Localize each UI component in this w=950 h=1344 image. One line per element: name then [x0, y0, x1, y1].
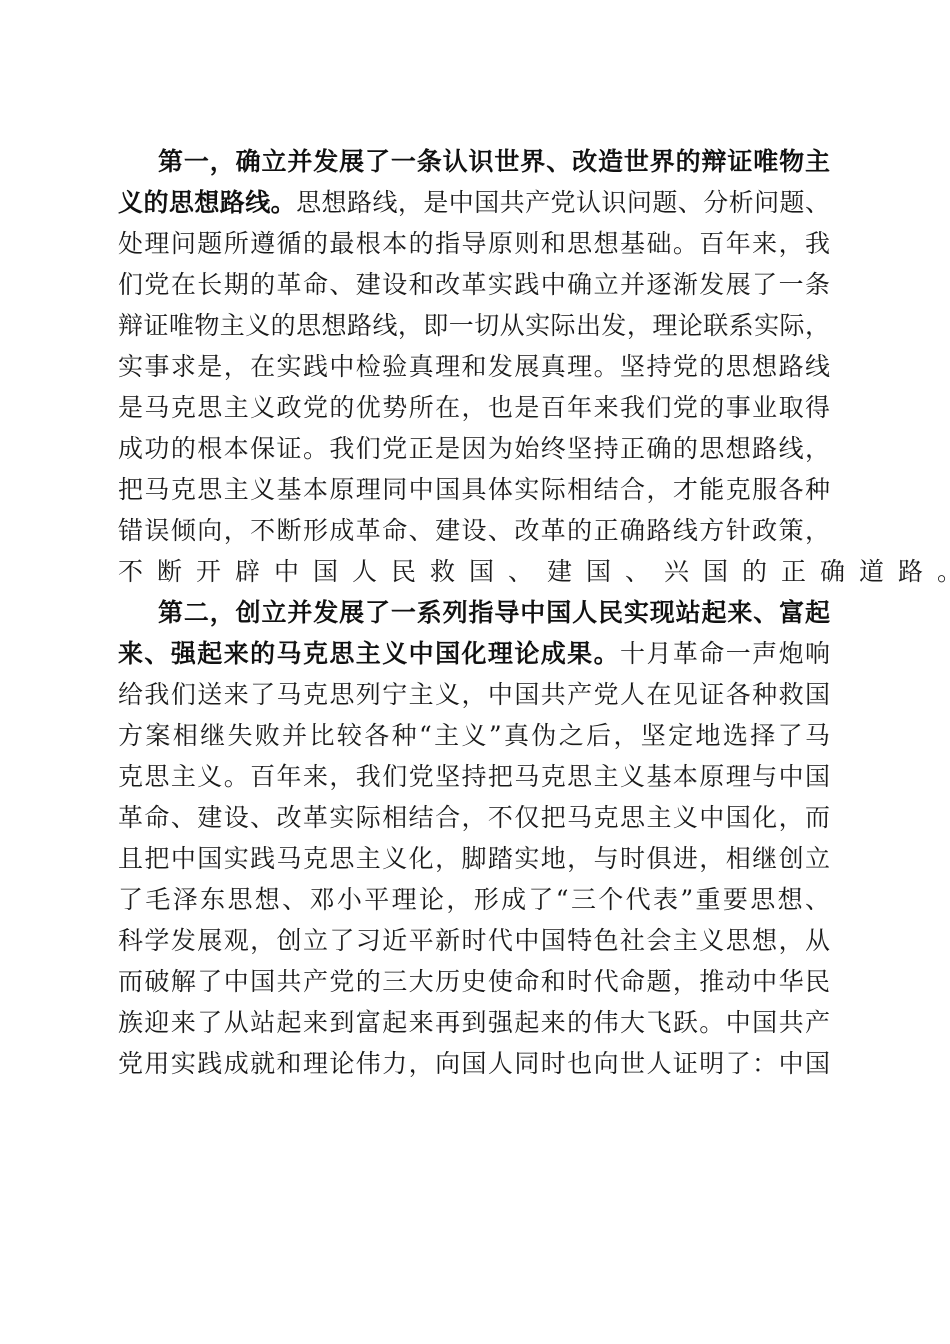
- text-line: 把马克思主义基本原理同中国具体实际相结合，才能克服各种: [118, 469, 830, 510]
- document-page: 第一，确立并发展了一条认识世界、改造世界的辩证唯物主 义的思想路线。思想路线，是…: [0, 0, 950, 1344]
- section-heading: 义的思想路线。: [118, 188, 296, 217]
- text-line: 了毛泽东思想、邓小平理论，形成了“三个代表”重要思想、: [118, 879, 830, 920]
- text-line: 方案相继失败并比较各种“主义”真伪之后，坚定地选择了马: [118, 715, 830, 756]
- paragraph-1: 第一，确立并发展了一条认识世界、改造世界的辩证唯物主 义的思想路线。思想路线，是…: [118, 141, 830, 592]
- text-line: 们党在长期的革命、建设和改革实践中确立并逐渐发展了一条: [118, 264, 830, 305]
- body-text: 十月革命一声炮响: [620, 639, 830, 668]
- text-line: 错误倾向，不断形成革命、建设、改革的正确路线方针政策，: [118, 510, 830, 551]
- text-line: 族迎来了从站起来到富起来再到强起来的伟大飞跃。中国共产: [118, 1002, 830, 1043]
- text-line: 不断开辟中国人民救国、建国、兴国的正确道路。: [118, 551, 830, 592]
- text-line: 是马克思主义政党的优势所在，也是百年来我们党的事业取得: [118, 387, 830, 428]
- text-line: 科学发展观，创立了习近平新时代中国特色社会主义思想，从: [118, 920, 830, 961]
- text-line: 且把中国实践马克思主义化，脚踏实地，与时俱进，相继创立: [118, 838, 830, 879]
- text-line: 义的思想路线。思想路线，是中国共产党认识问题、分析问题、: [118, 182, 830, 223]
- text-line: 处理问题所遵循的最根本的指导原则和思想基础。百年来，我: [118, 223, 830, 264]
- text-line: 给我们送来了马克思列宁主义，中国共产党人在见证各种救国: [118, 674, 830, 715]
- document-body: 第一，确立并发展了一条认识世界、改造世界的辩证唯物主 义的思想路线。思想路线，是…: [118, 141, 830, 1084]
- text-line: 成功的根本保证。我们党正是因为始终坚持正确的思想路线，: [118, 428, 830, 469]
- text-line: 党用实践成就和理论伟力，向国人同时也向世人证明了：中国: [118, 1043, 830, 1084]
- text-line: 而破解了中国共产党的三大历史使命和时代命题，推动中华民: [118, 961, 830, 1002]
- text-line: 克思主义。百年来，我们党坚持把马克思主义基本原理与中国: [118, 756, 830, 797]
- text-line: 革命、建设、改革实际相结合，不仅把马克思主义中国化，而: [118, 797, 830, 838]
- text-line: 实事求是，在实践中检验真理和发展真理。坚持党的思想路线: [118, 346, 830, 387]
- body-text: 思想路线，是中国共产党认识问题、分析问题、: [296, 188, 830, 217]
- section-heading: 来、强起来的马克思主义中国化理论成果。: [118, 639, 620, 668]
- text-line: 辩证唯物主义的思想路线，即一切从实际出发，理论联系实际，: [118, 305, 830, 346]
- section-heading: 第一，确立并发展了一条认识世界、改造世界的辩证唯物主: [158, 147, 830, 176]
- paragraph-2: 第二，创立并发展了一系列指导中国人民实现站起来、富起 来、强起来的马克思主义中国…: [118, 592, 830, 1084]
- text-line: 来、强起来的马克思主义中国化理论成果。十月革命一声炮响: [118, 633, 830, 674]
- text-line: 第一，确立并发展了一条认识世界、改造世界的辩证唯物主: [118, 141, 830, 182]
- section-heading: 第二，创立并发展了一系列指导中国人民实现站起来、富起: [158, 598, 830, 627]
- text-line: 第二，创立并发展了一系列指导中国人民实现站起来、富起: [118, 592, 830, 633]
